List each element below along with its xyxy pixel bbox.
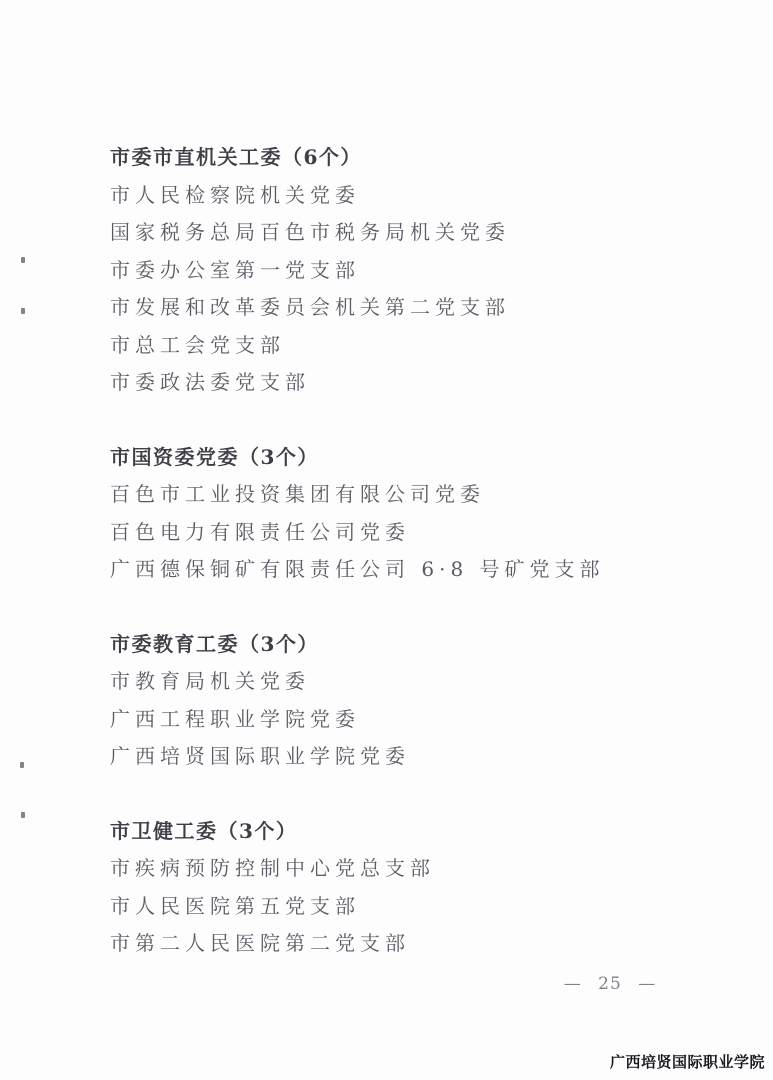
list-item: 市教育局机关党委 [110,663,710,701]
list-item: 市总工会党支部 [110,327,710,365]
list-item: 国家税务总局百色市税务局机关党委 [110,214,710,252]
section-heading: 市卫健工委（3个） [110,813,710,851]
list-item: 广西培贤国际职业学院党委 [110,738,710,776]
committee-section: 市委市直机关工委（6个）市人民检察院机关党委国家税务总局百色市税务局机关党委市委… [110,139,710,402]
list-item: 市人民医院第五党支部 [110,888,710,926]
page-number: — 25 — [545,972,675,996]
list-item: 市发展和改革委员会机关第二党支部 [110,289,710,327]
section-heading: 市国资委党委（3个） [110,439,710,477]
scan-artifact-dot [21,257,25,263]
content-area: 市委市直机关工委（6个）市人民检察院机关党委国家税务总局百色市税务局机关党委市委… [110,139,710,963]
footer-watermark: 广西培贤国际职业学院 [610,1052,765,1072]
scan-artifact-dot [21,812,25,818]
committee-section: 市卫健工委（3个）市疾病预防控制中心党总支部市人民医院第五党支部市第二人民医院第… [110,813,710,963]
list-item: 百色市工业投资集团有限公司党委 [110,476,710,514]
list-item: 广西德保铜矿有限责任公司 6·8 号矿党支部 [110,551,710,589]
committee-section: 市国资委党委（3个）百色市工业投资集团有限公司党委百色电力有限责任公司党委广西德… [110,439,710,589]
scan-artifact-dot [21,308,25,314]
list-item: 市疾病预防控制中心党总支部 [110,850,710,888]
document-page: 市委市直机关工委（6个）市人民检察院机关党委国家税务总局百色市税务局机关党委市委… [0,0,773,1080]
list-item: 广西工程职业学院党委 [110,701,710,739]
scan-artifact-dot [20,762,24,768]
list-item: 市人民检察院机关党委 [110,177,710,215]
section-heading: 市委教育工委（3个） [110,626,710,664]
committee-section: 市委教育工委（3个）市教育局机关党委广西工程职业学院党委广西培贤国际职业学院党委 [110,626,710,776]
list-item: 市第二人民医院第二党支部 [110,925,710,963]
section-heading: 市委市直机关工委（6个） [110,139,710,177]
list-item: 市委办公室第一党支部 [110,252,710,290]
list-item: 百色电力有限责任公司党委 [110,514,710,552]
list-item: 市委政法委党支部 [110,364,710,402]
